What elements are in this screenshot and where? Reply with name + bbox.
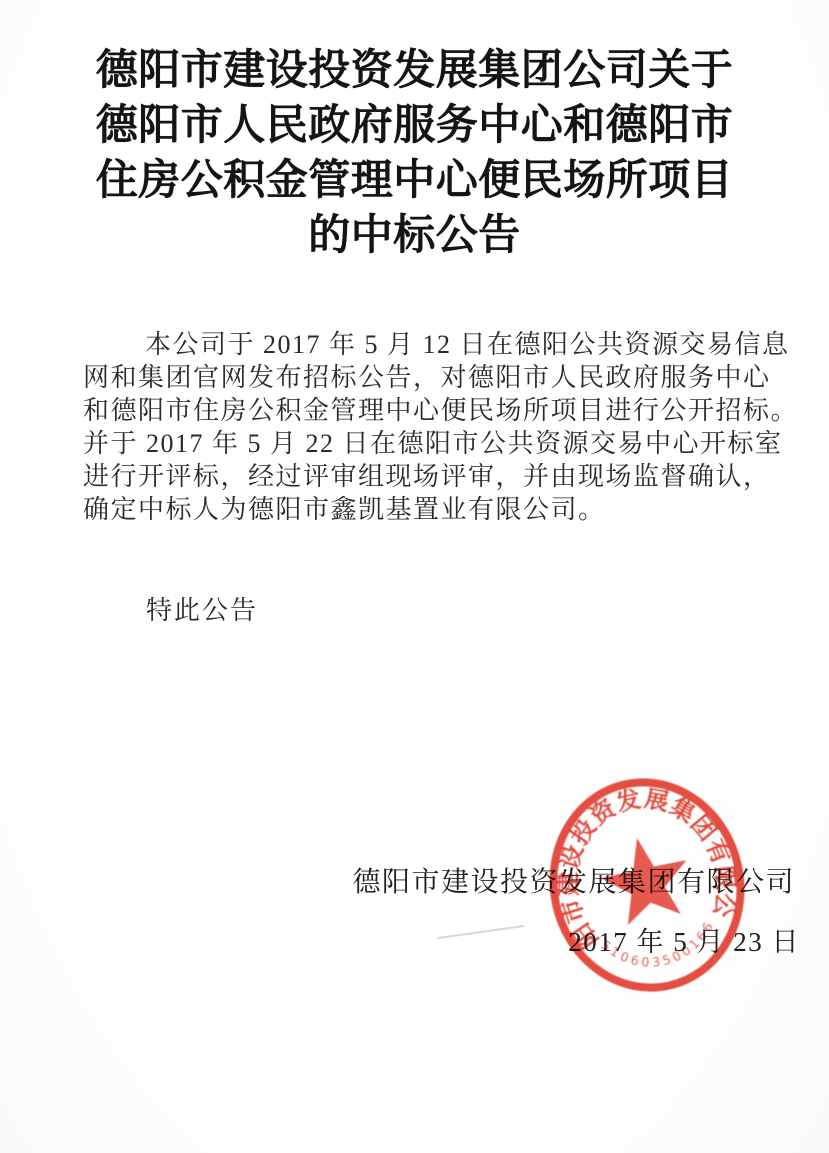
body-line: 本公司于 2017 年 5 月 12 日在德阳公共资源交易信息 (83, 328, 783, 361)
closing-statement: 特此公告 (146, 594, 258, 627)
title-line-4: 的中标公告 (40, 209, 789, 264)
body-line: 网和集团官网发布招标公告，对德阳市人民政府服务中心 (83, 361, 783, 394)
scanned-document-page: 德阳市建设投资发展集团公司关于 德阳市人民政府服务中心和德阳市 住房公积金管理中… (0, 0, 829, 1153)
title-line-2: 德阳市人民政府服务中心和德阳市 (40, 99, 789, 154)
signature-company-name: 德阳市建设投资发展集团有限公司 (352, 860, 795, 900)
body-line: 并于 2017 年 5 月 22 日在德阳市公共资源交易中心开标室 (83, 427, 783, 460)
body-line: 进行开评标，经过评审组现场评审，并由现场监督确认， (83, 460, 783, 493)
scan-artifact (437, 925, 524, 939)
body-line: 和德阳市住房公积金管理中心便民场所项目进行公开招标。 (83, 394, 783, 427)
signature-date: 2017 年 5 月 23 日 (568, 920, 800, 959)
document-title: 德阳市建设投资发展集团公司关于 德阳市人民政府服务中心和德阳市 住房公积金管理中… (40, 44, 789, 264)
title-line-1: 德阳市建设投资发展集团公司关于 (40, 44, 789, 99)
body-line: 确定中标人为德阳市鑫凯基置业有限公司。 (83, 493, 783, 526)
body-paragraph: 本公司于 2017 年 5 月 12 日在德阳公共资源交易信息 网和集团官网发布… (83, 328, 783, 526)
title-line-3: 住房公积金管理中心便民场所项目 (40, 154, 789, 209)
